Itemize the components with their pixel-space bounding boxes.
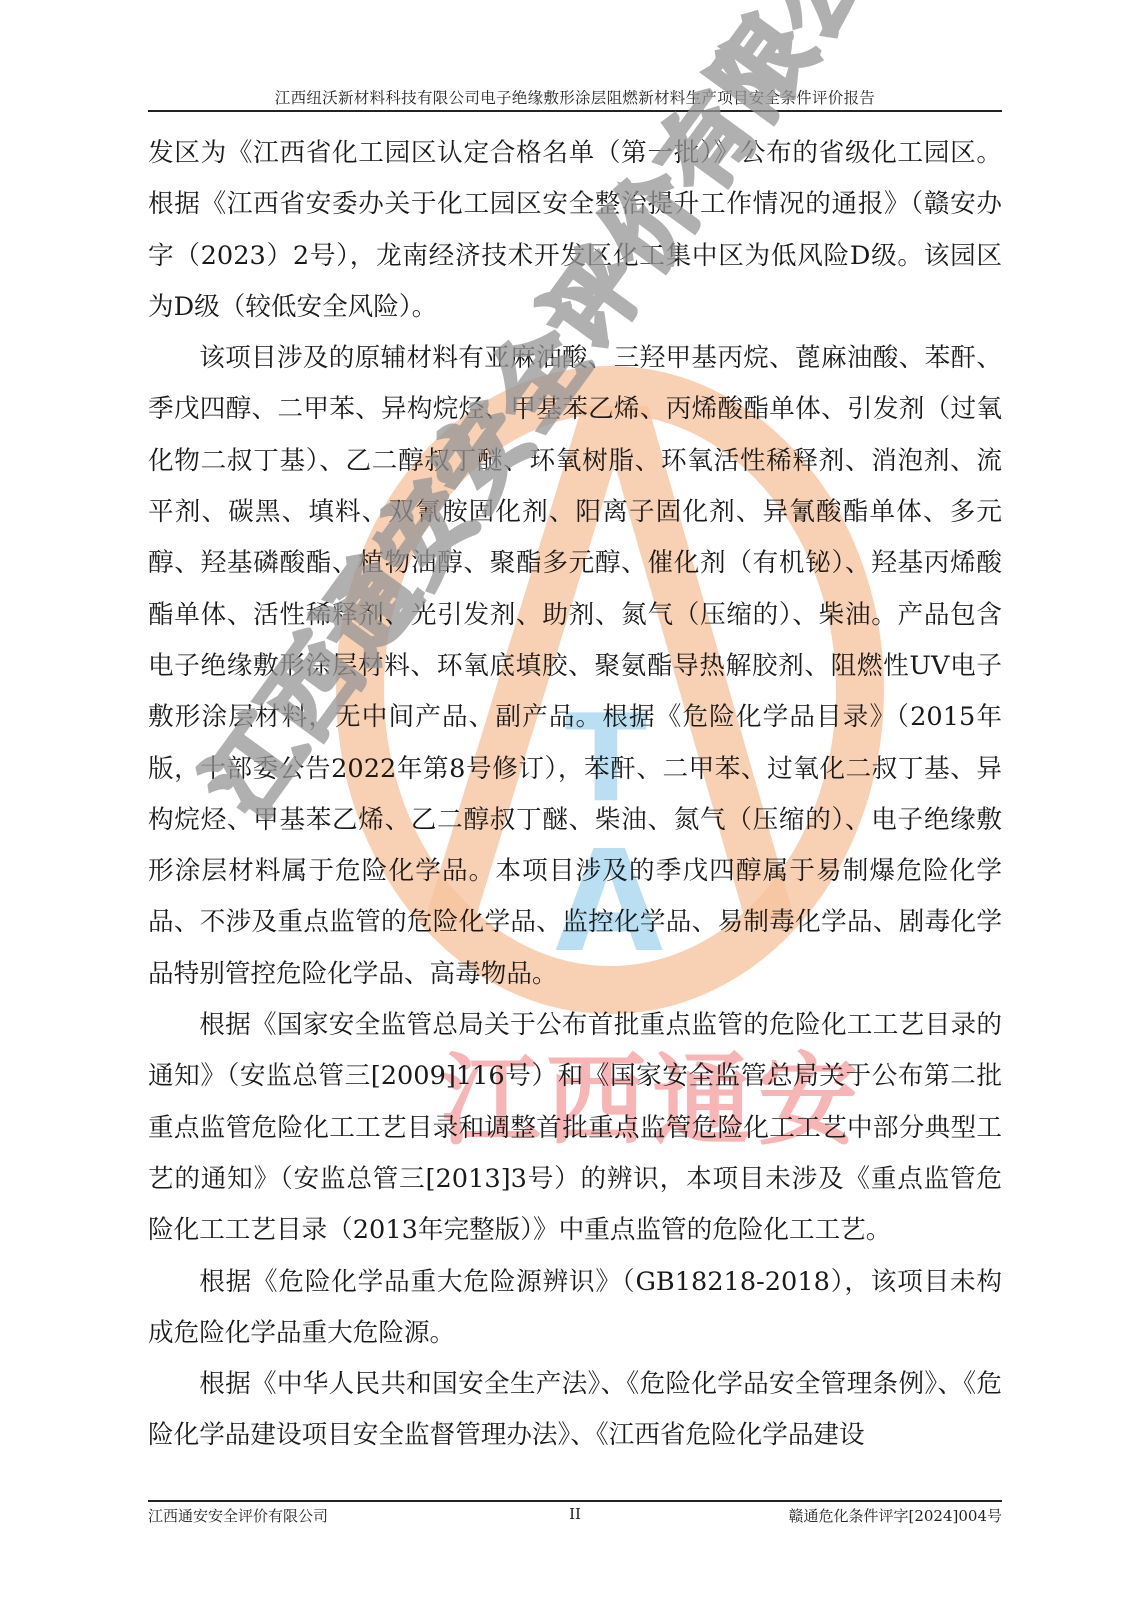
report-number: 赣通危化条件评字[2024]004号 [788,1505,1002,1526]
header-divider [148,110,1002,112]
paragraph-5: 根据《中华人民共和国安全生产法》、《危险化学品安全管理条例》、《危险化学品建设项… [148,1359,1002,1462]
footer-company: 江西通安安全评价有限公司 [148,1505,328,1526]
footer-divider [148,1500,1002,1502]
paragraph-3: 根据《国家安全监管总局关于公布首批重点监管的危险化工工艺目录的通知》（安监总管三… [148,1000,1002,1256]
paragraph-4: 根据《危险化学品重大危险源辨识》（GB18218-2018），该项目未构成危险化… [148,1257,1002,1360]
page-number: II [569,1505,581,1523]
header-title: 江西纽沃新材料科技有限公司电子绝缘敷形涂层阻燃新材料生产项目安全条件评价报告 [148,86,1002,108]
